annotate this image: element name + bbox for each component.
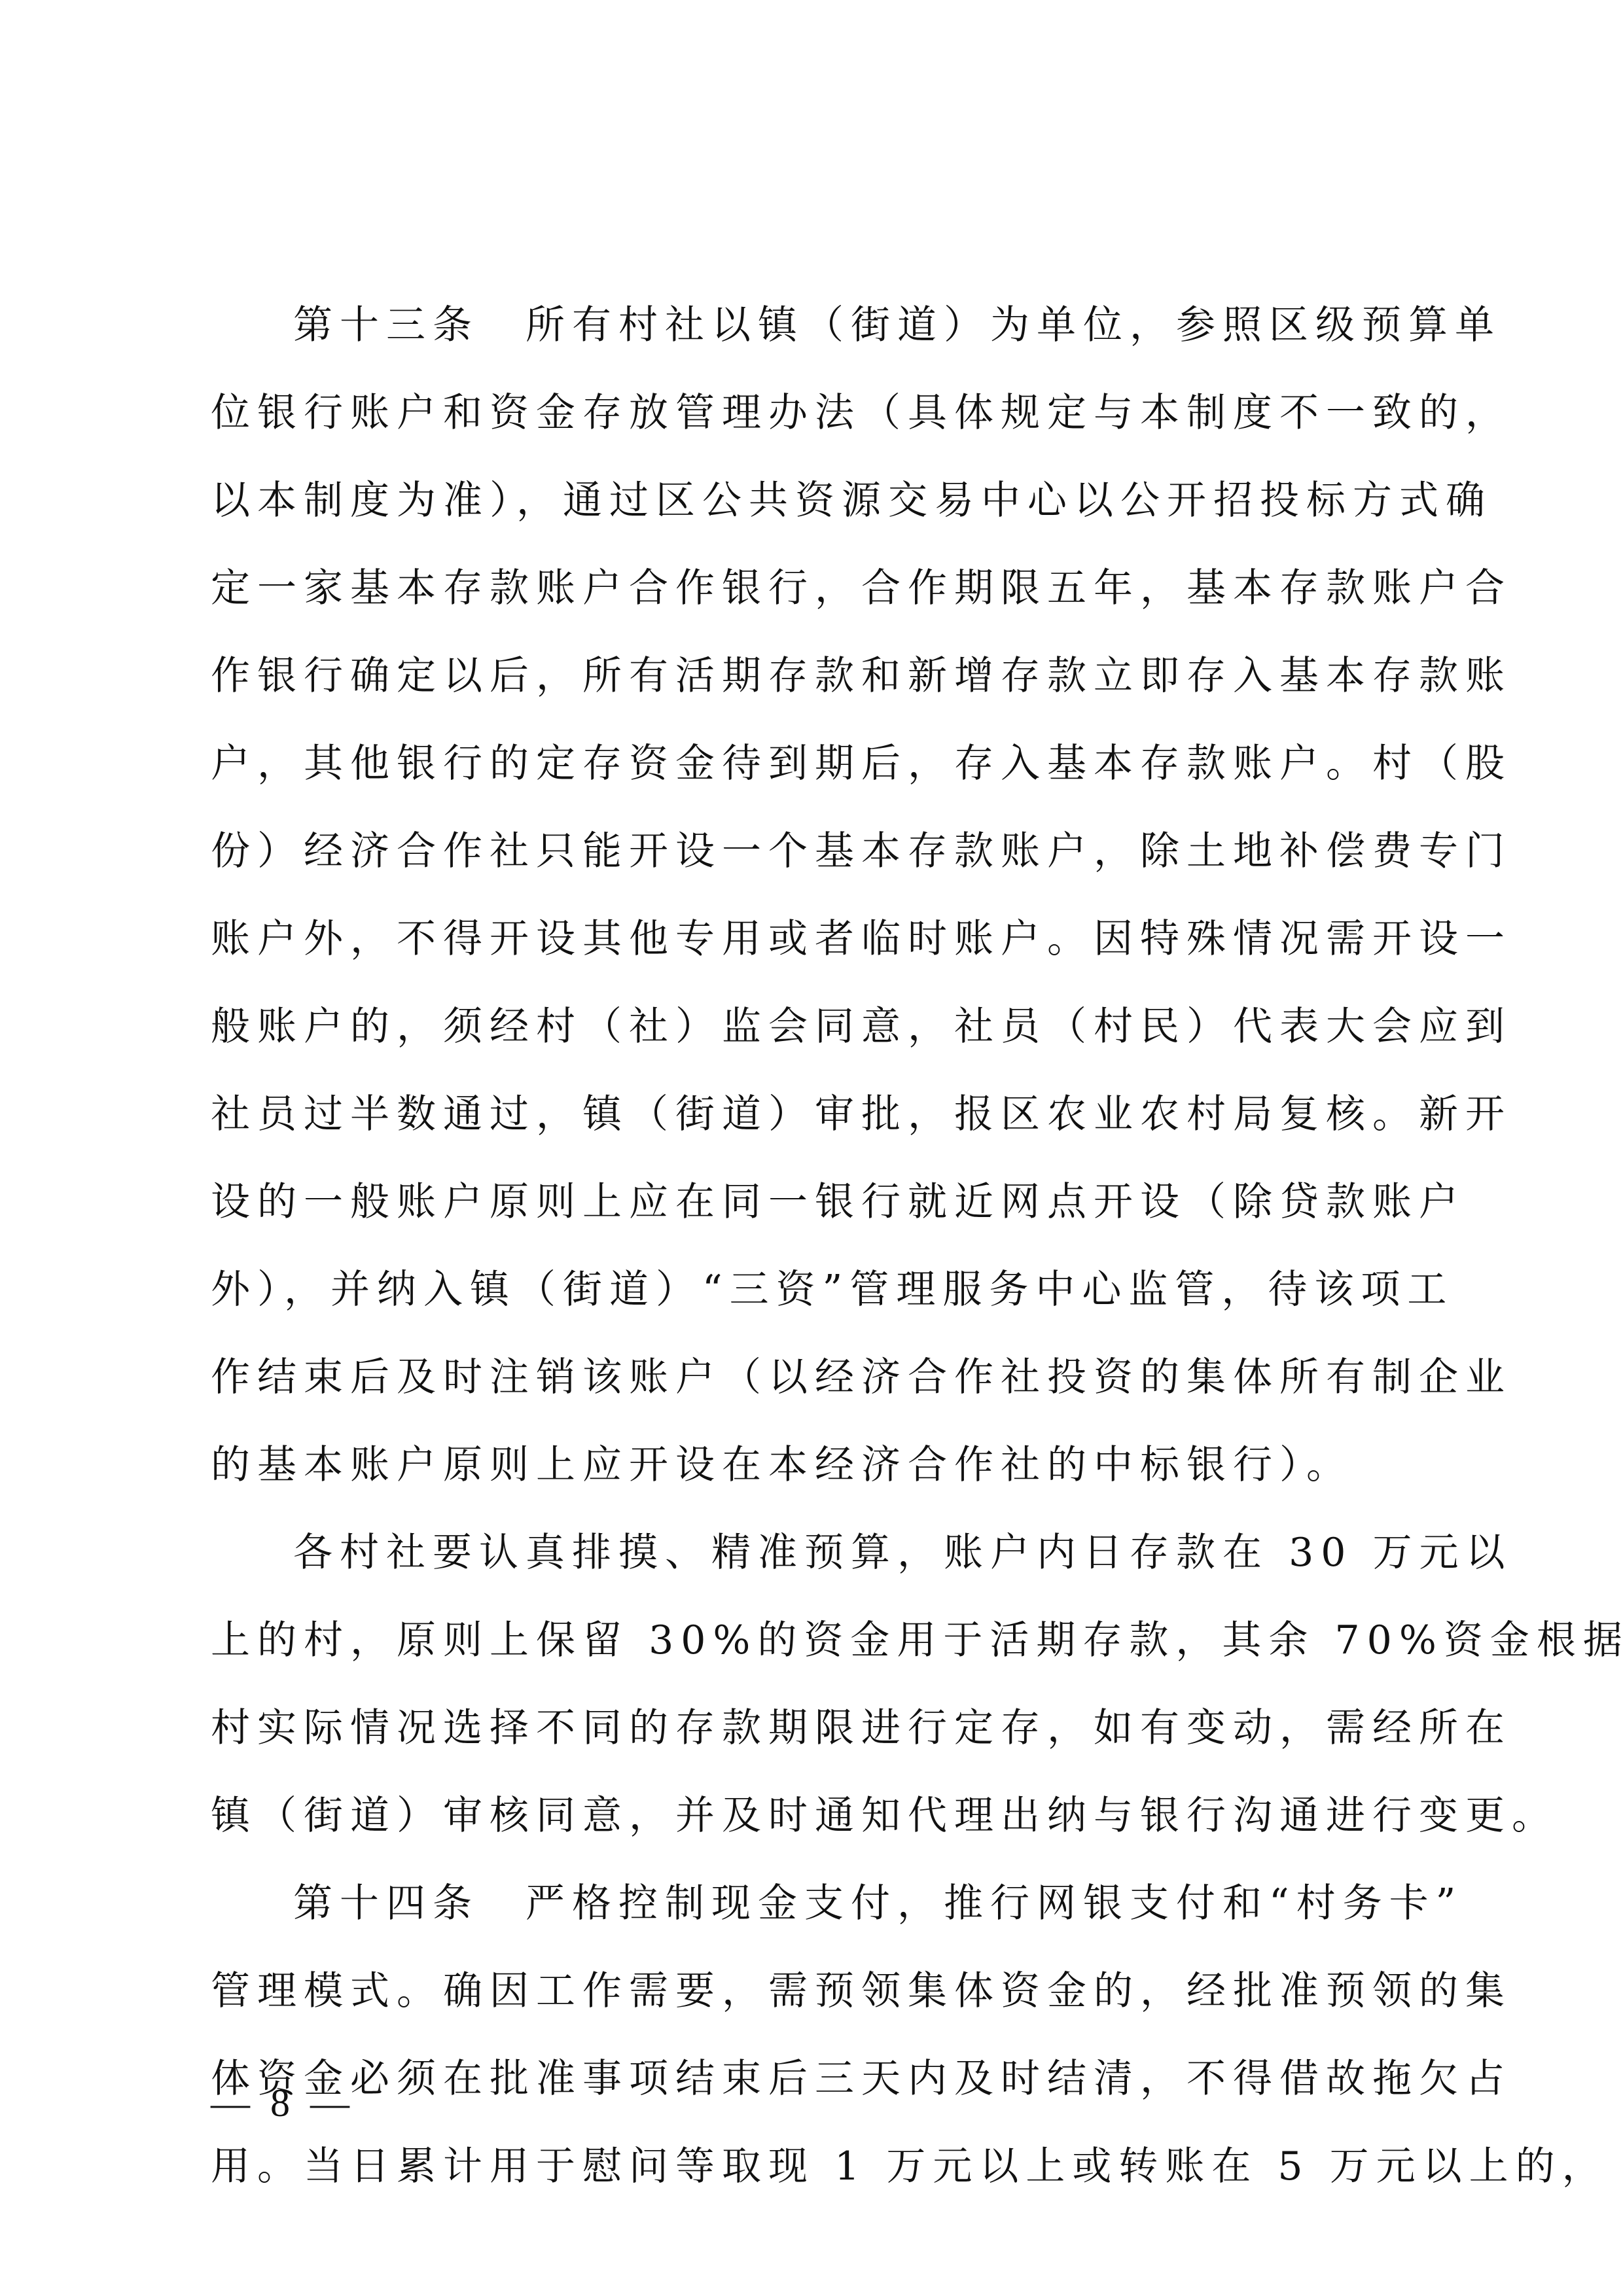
text-line: 账户外，不得开设其他专用或者临时账户。因特殊情况需开设一 <box>211 895 1415 983</box>
text-line: 定一家基本存款账户合作银行，合作期限五年，基本存款账户合 <box>211 544 1415 632</box>
text-line: 外），并纳入镇（街道）“三资”管理服务中心监管，待该项工 <box>211 1246 1415 1333</box>
text-line: 户，其他银行的定存资金待到期后，存入基本存款账户。村（股 <box>211 720 1415 807</box>
document-body: 第十三条 所有村社以镇（街道）为单位，参照区级预算单 位银行账户和资金存放管理办… <box>211 281 1415 2210</box>
text-line: 以本制度为准），通过区公共资源交易中心以公开招投标方式确 <box>211 457 1415 544</box>
text-line: 用。当日累计用于慰问等取现 1 万元以上或转账在 5 万元以上的， <box>211 2123 1415 2210</box>
paragraph-article-14: 第十四条 严格控制现金支付，推行网银支付和“村务卡” 管理模式。确因工作需要，需… <box>211 1860 1415 2210</box>
text-line: 作结束后及时注销该账户（以经济合作社投资的集体所有制企业 <box>211 1333 1415 1421</box>
text-line: 作银行确定以后，所有活期存款和新增存款立即存入基本存款账 <box>211 632 1415 720</box>
paragraph-article-13: 第十三条 所有村社以镇（街道）为单位，参照区级预算单 位银行账户和资金存放管理办… <box>211 281 1415 1509</box>
text-line: 第十三条 所有村社以镇（街道）为单位，参照区级预算单 <box>211 281 1415 369</box>
text-line: 的基本账户原则上应开设在本经济合作社的中标银行）。 <box>211 1421 1415 1509</box>
paragraph-deposit-rules: 各村社要认真排摸、精准预算，账户内日存款在 30 万元以 上的村，原则上保留 3… <box>211 1509 1415 1860</box>
text-line: 体资金必须在批准事项结束后三天内及时结清，不得借故拖欠占 <box>211 2035 1415 2123</box>
text-line: 位银行账户和资金存放管理办法（具体规定与本制度不一致的， <box>211 369 1415 457</box>
text-line: 各村社要认真排摸、精准预算，账户内日存款在 30 万元以 <box>211 1509 1415 1597</box>
text-line: 上的村，原则上保留 30%的资金用于活期存款，其余 70%资金根据 <box>211 1597 1415 1684</box>
text-line: 管理模式。确因工作需要，需预领集体资金的，经批准预领的集 <box>211 1947 1415 2035</box>
text-line: 设的一般账户原则上应在同一银行就近网点开设（除贷款账户 <box>211 1158 1415 1246</box>
text-line: 村实际情况选择不同的存款期限进行定存，如有变动，需经所在 <box>211 1684 1415 1772</box>
text-line: 第十四条 严格控制现金支付，推行网银支付和“村务卡” <box>211 1860 1415 1947</box>
page-number: — 8 — <box>211 2081 355 2126</box>
text-line: 般账户的，须经村（社）监会同意，社员（村民）代表大会应到 <box>211 983 1415 1070</box>
text-line: 社员过半数通过，镇（街道）审批，报区农业农村局复核。新开 <box>211 1070 1415 1158</box>
text-line: 镇（街道）审核同意，并及时通知代理出纳与银行沟通进行变更。 <box>211 1772 1415 1860</box>
text-line: 份）经济合作社只能开设一个基本存款账户，除土地补偿费专门 <box>211 807 1415 895</box>
